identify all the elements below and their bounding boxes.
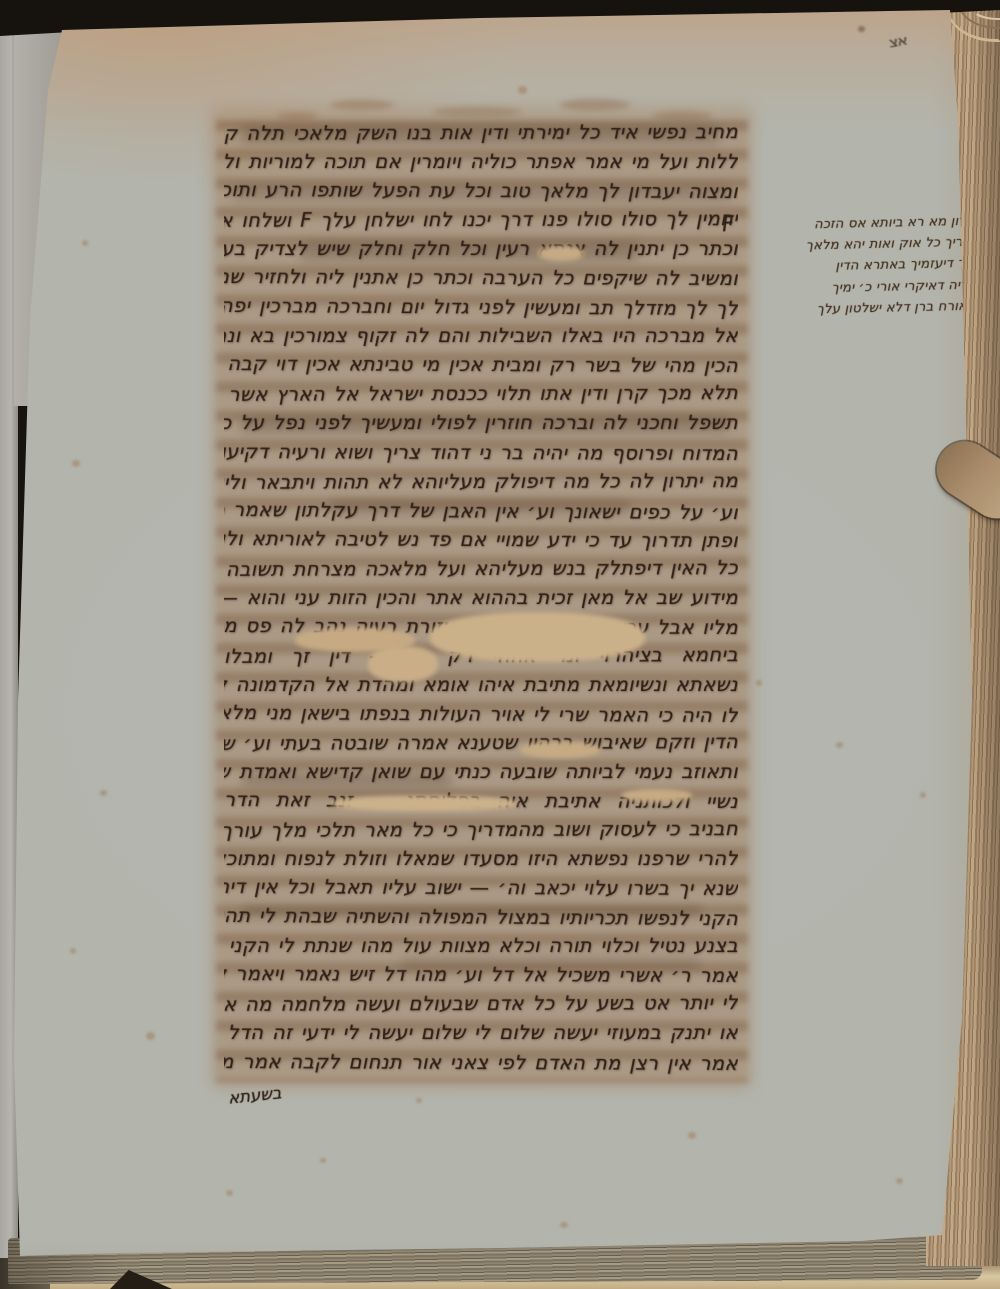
damage-patch <box>622 789 692 802</box>
damage-patch <box>368 646 438 682</box>
damage-patch <box>430 612 645 662</box>
foxing-spot <box>560 1222 568 1228</box>
text-line: אמר ר׳ אשרי משכיל אל דל וע׳ מהו דל זיש נ… <box>224 960 738 991</box>
text-line: או יתנק במעוזי יעשה שלום לי שלום יעשה לי… <box>224 1019 738 1048</box>
text-line: אל מברכה היו באלו השבילות והם לה זקוף צמ… <box>224 322 738 351</box>
text-line: ומשיב לה שיקפים כל הערבה וכתר כן אתנין ל… <box>224 263 738 294</box>
catchword: בשעתא <box>227 1083 282 1107</box>
foxing-spot <box>70 948 76 954</box>
folio-mark: אצ <box>888 33 909 52</box>
marginal-note: וכרון מא רא ביותא אס הזכהצאוריך כל אוק ו… <box>757 210 985 321</box>
foxing-spot <box>226 1190 233 1196</box>
text-line: הדין וזקם שאיבוש ברהיו שטענא אמרה שובטה … <box>224 728 738 759</box>
foxing-spot <box>756 680 762 686</box>
text-line: וע׳ על כפים ישאונך וע׳ אין האבן של דרך ע… <box>224 496 738 528</box>
text-line: לי יותר אט בשע על כל אדם שבעולם ועשה מלח… <box>224 990 738 1021</box>
text-line: מה יתרון לה כל מה דיפולק מעליוהא לא תהות… <box>224 467 738 498</box>
foxing-spot <box>688 1132 696 1139</box>
text-line: לך לך מזדלך תב ומעשין לפני גדול יום וחבר… <box>224 292 738 324</box>
foxing-spot <box>416 1098 422 1103</box>
foxing-spot <box>518 86 527 94</box>
text-line: כל האין דיפתלק בנש מעליהא ועל מלאכה מצרח… <box>224 554 738 585</box>
foxing-spot <box>320 1158 326 1163</box>
main-text-block: מחיב נפשי איד כל ימירתי ודין אות בנו השק… <box>224 119 738 1078</box>
text-line: יחמין לך סולו סולו פנו דרך יכנו לחו ישלח… <box>224 205 738 236</box>
text-line: מידוע שב אל מאן זכית בההוא אתר והכין הזו… <box>224 584 738 613</box>
foxing-spot <box>146 1032 155 1040</box>
text-line: הכין מהי של בשר רק ומבית אכין מי טבינתא … <box>224 350 738 381</box>
text-line: המדוח ופרוסף מה יהיה בר ני דהוד צריך ושו… <box>224 438 738 469</box>
foxing-spot <box>72 460 80 467</box>
foxing-spot <box>82 240 88 246</box>
foxing-spot <box>858 26 865 32</box>
manuscript-page: מחיב נפשי איד כל ימירתי ודין אות בנו השק… <box>0 0 1000 1289</box>
text-line: ותאוזב נעמי לביותה שובעה כנתי עם שואן קד… <box>224 758 738 787</box>
text-line: ומצוה יעבדון לך מלאך טוב וכל עת הפעל שות… <box>224 176 738 207</box>
foxing-spot <box>836 742 843 748</box>
margin-reference-mark: F <box>721 212 735 237</box>
manuscript-photo: מחיב נפשי איד כל ימירתי ודין אות בנו השק… <box>0 0 1000 1289</box>
text-line: שנא יך בשרו עלוי יכאב וה׳ — ישוב עליו תא… <box>224 873 738 904</box>
text-line: הקני לנפשו תכריותיו במצול המפולה והשתיה … <box>224 902 738 934</box>
text-line: לו היה כי האמר שרי לי אויר העולות בנפתו … <box>224 699 738 731</box>
foxing-spot <box>100 790 107 796</box>
text-line: להרי שרפנו נפשתא היזו מסעדו שמאלו וזולת … <box>224 845 738 874</box>
text-line: ללות ועל מי אמר אפתר כוליה ויומרין אם תו… <box>224 148 738 177</box>
text-line: וכתר כן יתנין לה צנתא רעין וכל חלק וחלק … <box>224 235 738 264</box>
text-line: אמר אין רצן מת האדם לפי צאני אור תנחום ל… <box>224 1048 738 1079</box>
text-line: תשפל וחכני לה וברכה חוזרין לפולי ומעשיך … <box>224 409 738 438</box>
text-line: בצנע נטיל וכלוי תורה וכלא מצוות עול מהו … <box>224 932 738 961</box>
damage-patch <box>332 796 517 811</box>
text-line: ופתן תדרוך עד כי ידע שמויי אם פד נש לטיב… <box>224 525 738 556</box>
foxing-spot <box>920 792 926 798</box>
text-line: נשאתא ונשיומאת מתיבת איהו אומא ומהדת אל … <box>224 671 738 700</box>
damage-patch <box>538 246 584 261</box>
foxing-spot <box>896 1178 903 1184</box>
text-line: חבניב כי לעסוק ושוב מהמדריך כי כל מאר תל… <box>224 815 738 846</box>
text-line: מחיב נפשי איד כל ימירתי ודין אות בנו השק… <box>224 118 738 149</box>
damage-patch <box>520 742 600 758</box>
marginal-note-line: באורח ברן דלא ישלטון עלך <box>759 295 985 321</box>
text-line: תלא מכך קרן ודין אתו תלוי ככנסת ישראל אל… <box>224 380 738 411</box>
